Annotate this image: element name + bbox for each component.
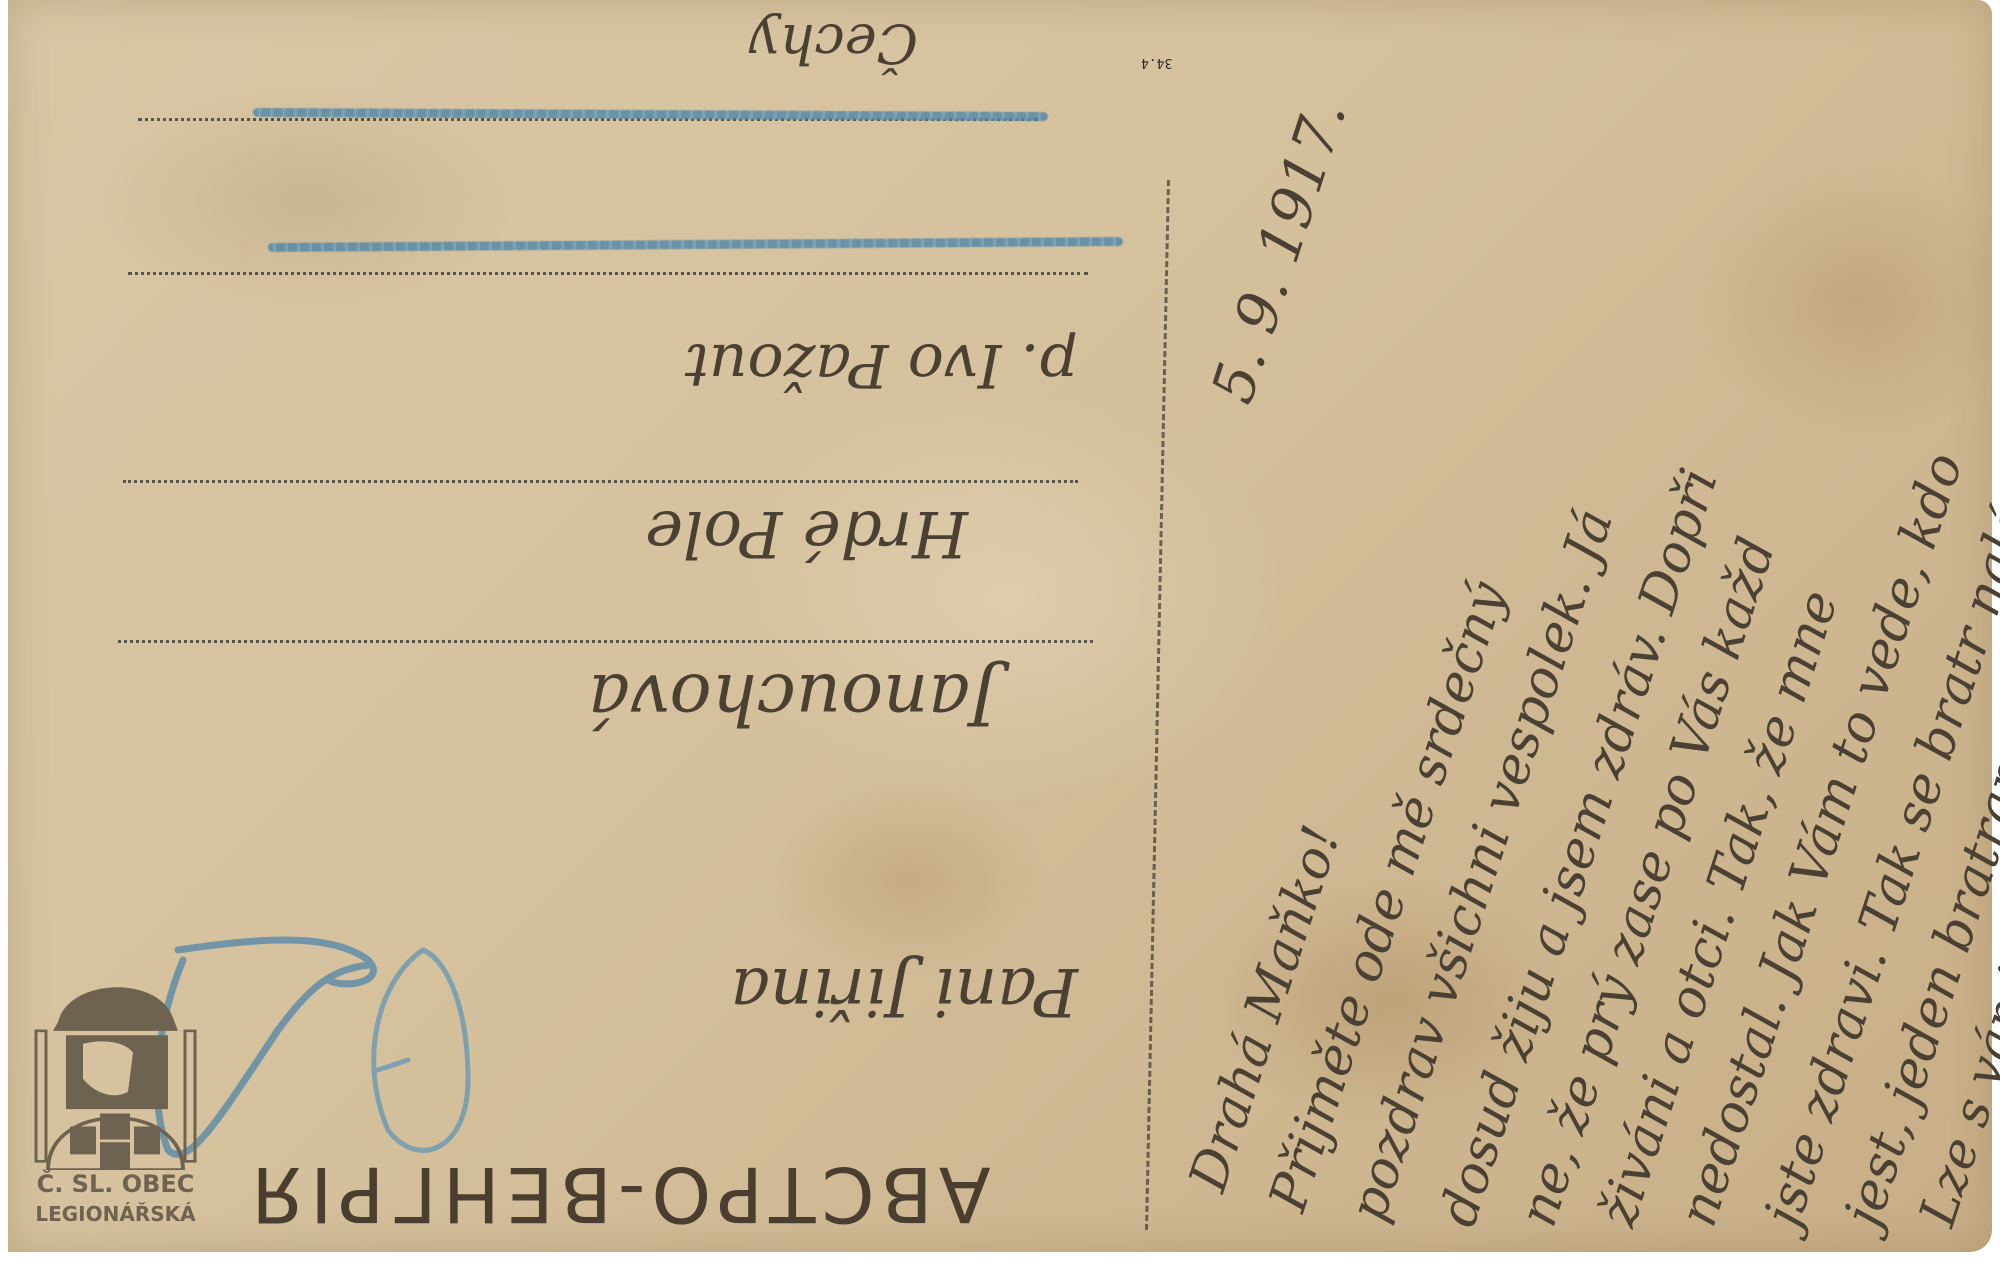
watermark-logo: Č. SL. OBEC LEGIONÁŘSKÁ	[28, 970, 203, 1240]
address-line-text-3: Hrdé Pole	[645, 496, 968, 570]
address-line-3	[123, 480, 1078, 483]
watermark-line-2: LEGIONÁŘSKÁ	[28, 1202, 203, 1226]
address-line-text-4: p. Ivo Pažout	[685, 330, 1078, 400]
watermark-line-1: Č. SL. OBEC	[28, 1170, 203, 1198]
address-line-2	[128, 272, 1088, 275]
address-line-4	[118, 640, 1093, 643]
address-line-text-1: Pani Jiřina	[731, 953, 1078, 1030]
message-date: 5. 9. 1917.	[1198, 92, 1360, 411]
address-line-text-5: Čechy	[749, 12, 918, 75]
divider-line	[1145, 180, 1170, 1230]
address-line-text-2: Janouchová	[588, 658, 998, 740]
legionnaire-helmet-icon	[28, 970, 203, 1170]
postcard: 34.4 Čechy p. Ivo Pažout Hrdé Pole Janou…	[8, 0, 1992, 1252]
blue-strike-2	[268, 237, 1123, 252]
printed-code: 34.4	[1141, 55, 1172, 70]
